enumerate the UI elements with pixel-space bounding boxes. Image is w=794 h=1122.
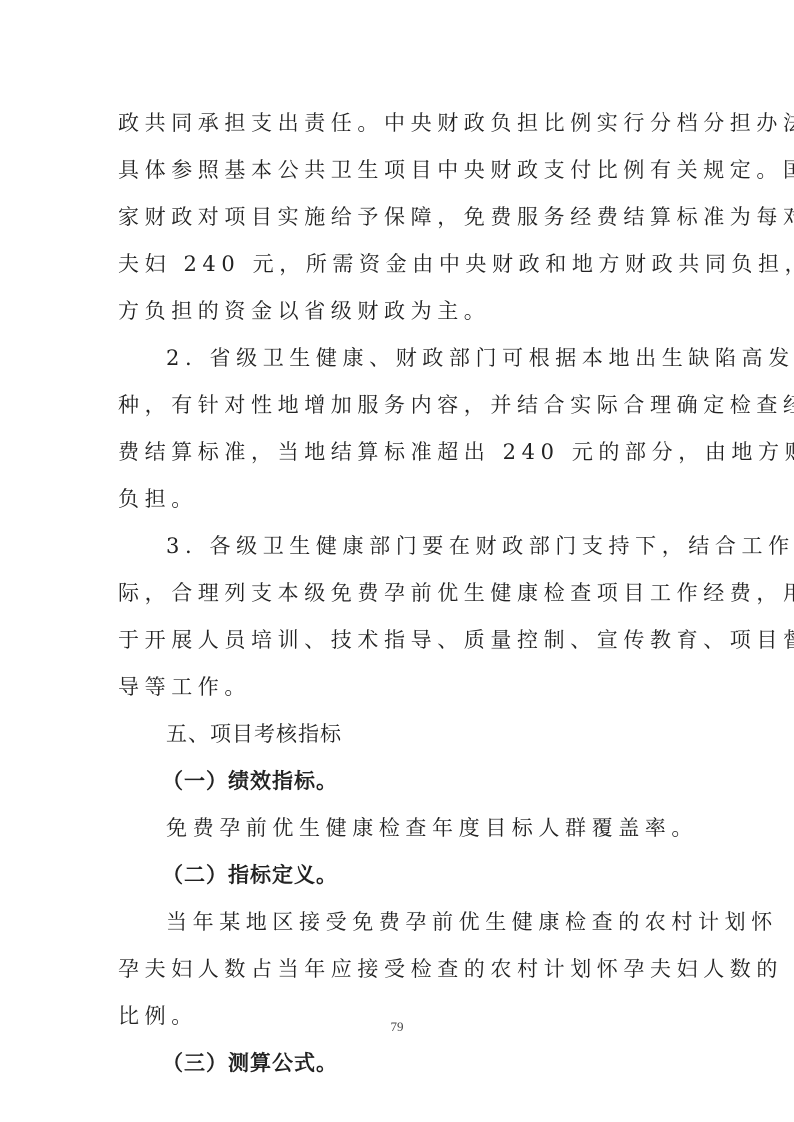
text-line: 具体参照基本公共卫生项目中央财政支付比例有关规定。国 — [118, 147, 688, 194]
paragraph-funding-responsibility: 政共同承担支出责任。中央财政负担比例实行分档分担办法， 具体参照基本公共卫生项目… — [118, 100, 688, 335]
text-line: 种，有针对性地增加服务内容，并结合实际合理确定检查经 — [118, 382, 688, 429]
text-line: 家财政对项目实施给予保障，免费服务经费结算标准为每对 — [118, 194, 688, 241]
subsection-heading-formula: （三）测算公式。 — [118, 1040, 688, 1087]
paragraph-item-2-provincial: 2. 省级卫生健康、财政部门可根据本地出生缺陷高发病 种，有针对性地增加服务内容… — [118, 335, 688, 523]
text-line: 于开展人员培训、技术指导、质量控制、宣传教育、项目督 — [118, 617, 688, 664]
subsection-heading-performance-indicator: （一）绩效指标。 — [118, 758, 688, 805]
text-line: 费结算标准，当地结算标准超出 240 元的部分，由地方财政 — [118, 429, 688, 476]
text-line: 导等工作。 — [118, 664, 688, 711]
subsection-heading-indicator-definition: （二）指标定义。 — [118, 852, 688, 899]
text-line: 当年某地区接受免费孕前优生健康检查的农村计划怀 — [118, 899, 688, 946]
indicator-text: 免费孕前优生健康检查年度目标人群覆盖率。 — [118, 805, 688, 852]
text-line: 方负担的资金以省级财政为主。 — [118, 288, 688, 335]
text-line: 3. 各级卫生健康部门要在财政部门支持下，结合工作实 — [118, 523, 688, 570]
text-line: 政共同承担支出责任。中央财政负担比例实行分档分担办法， — [118, 100, 688, 147]
document-page: 政共同承担支出责任。中央财政负担比例实行分档分担办法， 具体参照基本公共卫生项目… — [0, 0, 794, 1122]
text-line: 孕夫妇人数占当年应接受检查的农村计划怀孕夫妇人数的 — [118, 946, 688, 993]
text-line: 夫妇 240 元，所需资金由中央财政和地方财政共同负担，地 — [118, 241, 688, 288]
text-line: 2. 省级卫生健康、财政部门可根据本地出生缺陷高发病 — [118, 335, 688, 382]
text-line: 负担。 — [118, 476, 688, 523]
section-heading: 五、项目考核指标 — [118, 711, 688, 758]
page-body: 政共同承担支出责任。中央财政负担比例实行分档分担办法， 具体参照基本公共卫生项目… — [118, 100, 688, 1087]
text-line: 际，合理列支本级免费孕前优生健康检查项目工作经费，用 — [118, 570, 688, 617]
paragraph-item-3-health-departments: 3. 各级卫生健康部门要在财政部门支持下，结合工作实 际，合理列支本级免费孕前优… — [118, 523, 688, 711]
page-number: 79 — [0, 1019, 794, 1035]
